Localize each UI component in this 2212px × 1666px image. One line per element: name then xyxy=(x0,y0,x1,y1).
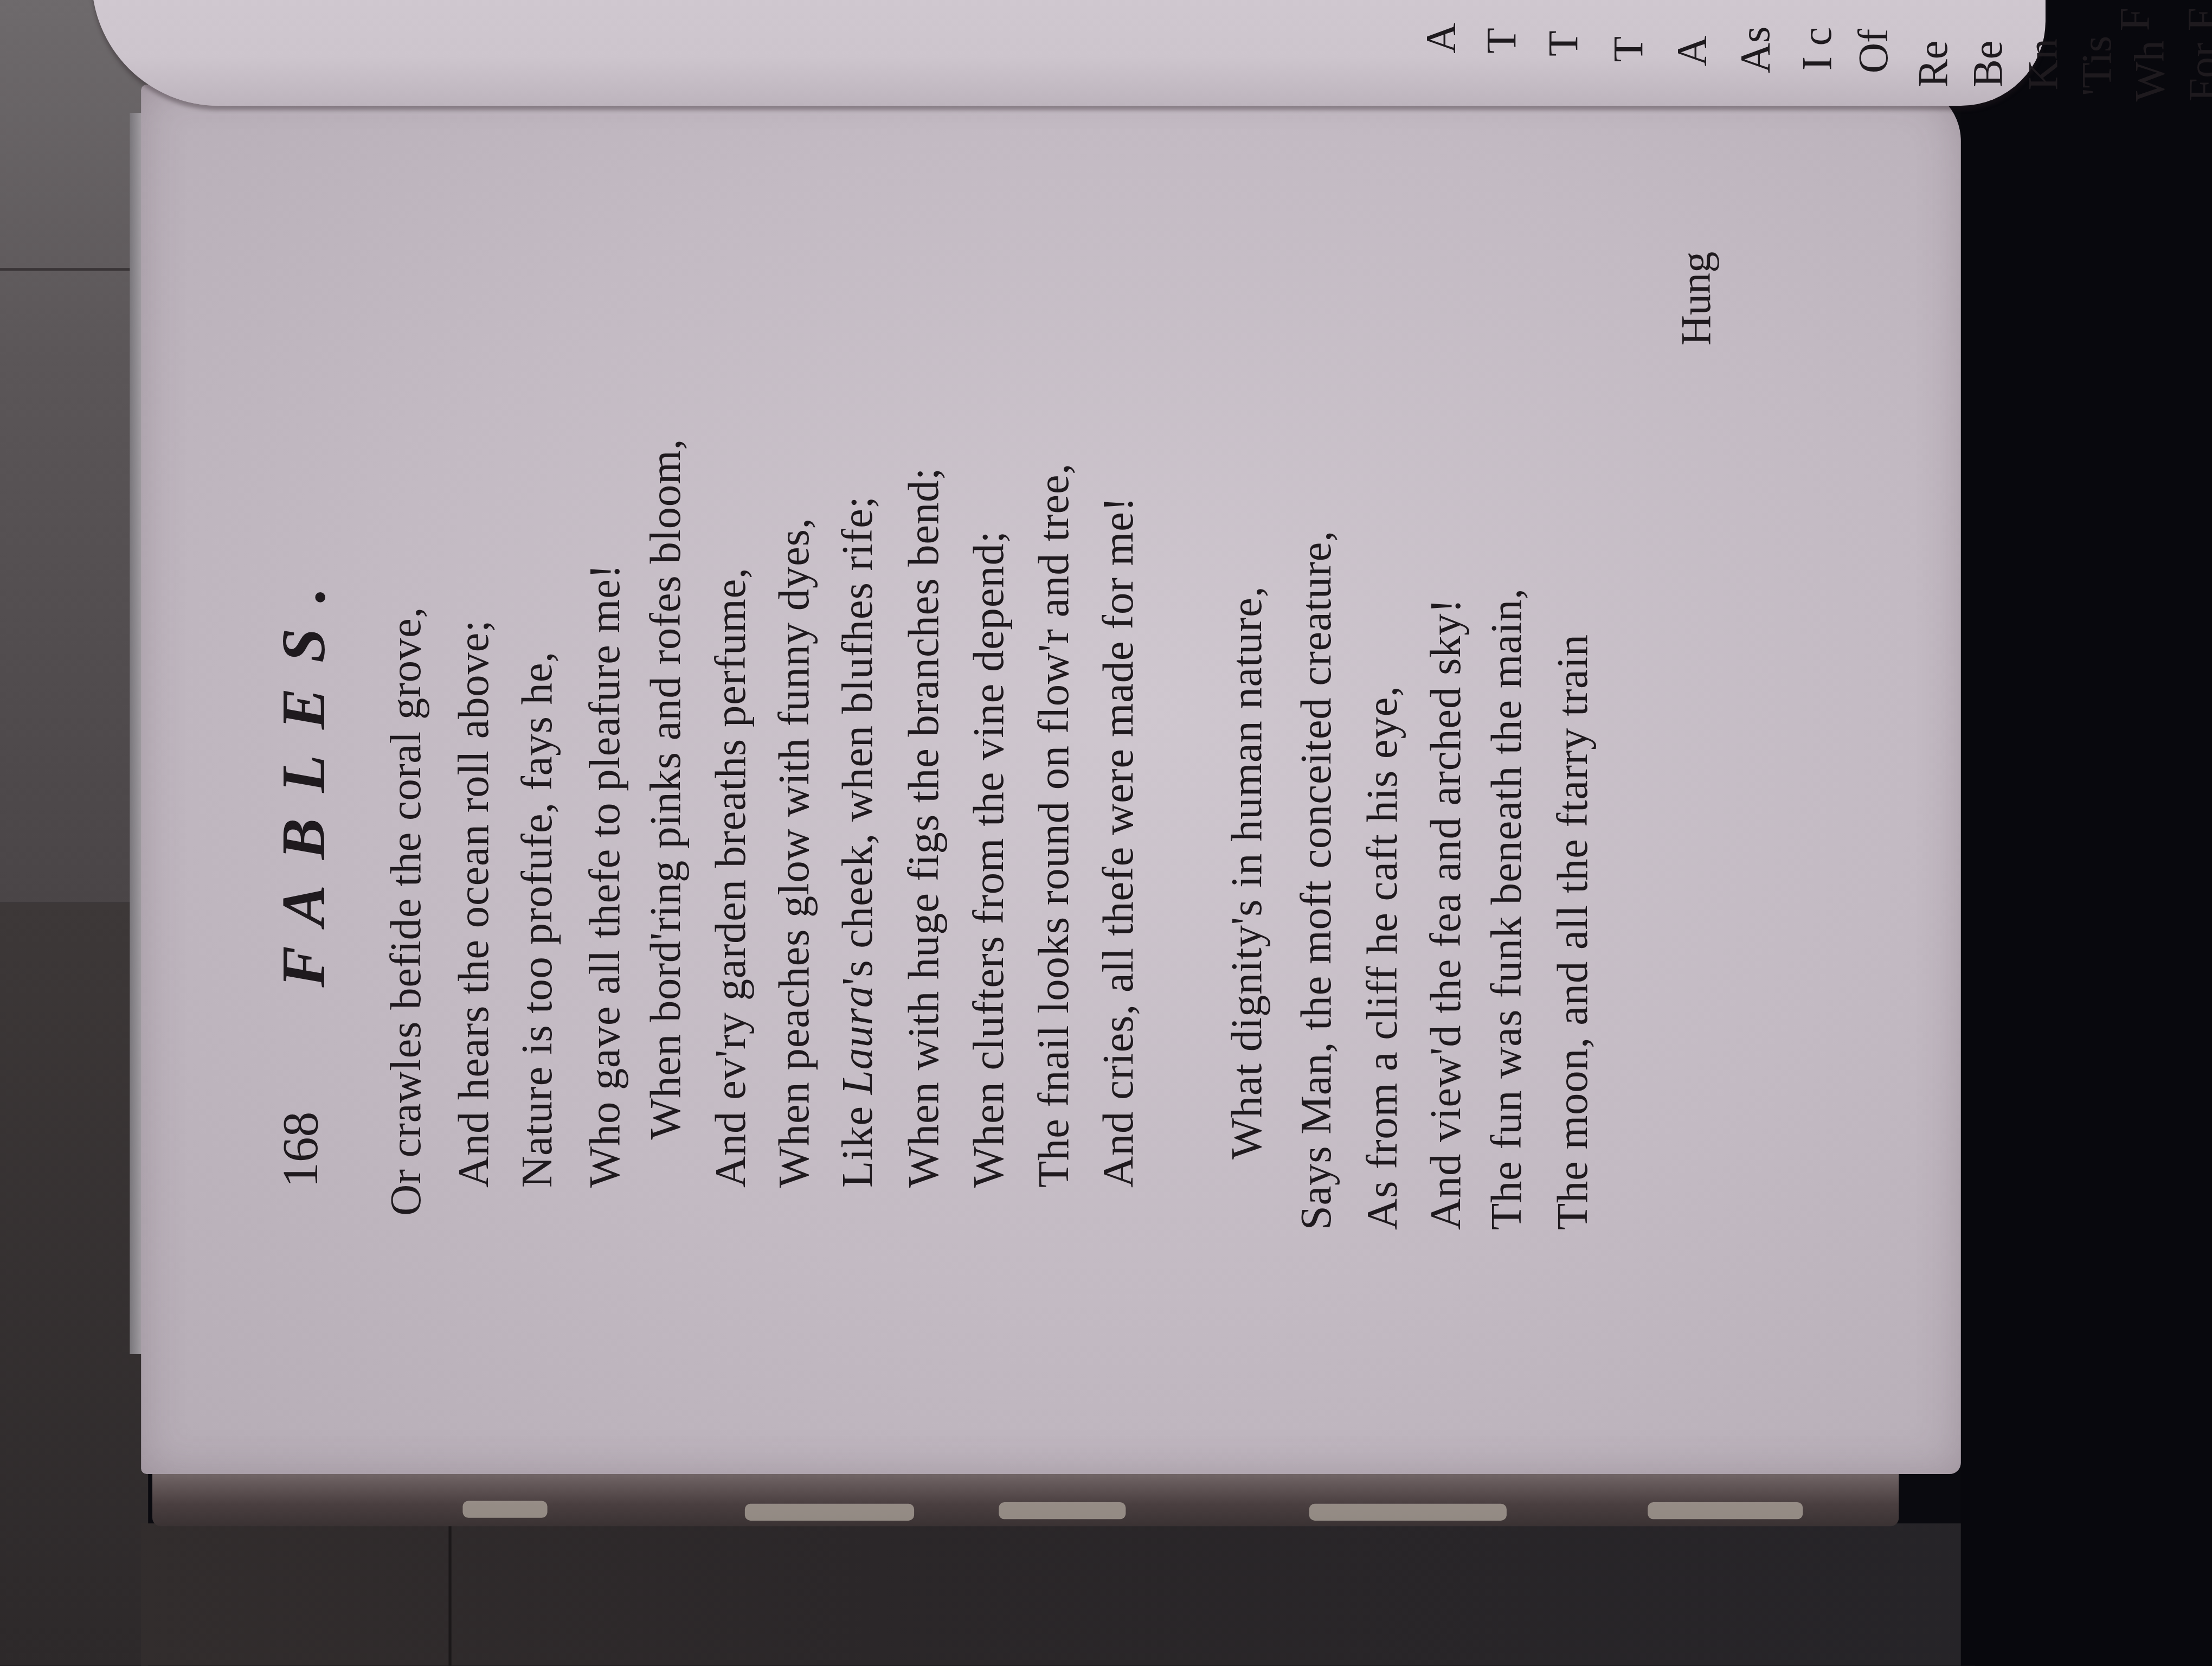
table-surface-left xyxy=(0,903,148,1666)
table-surface-bottom xyxy=(141,1523,1975,1666)
facing-fragment: T xyxy=(1478,28,1526,54)
poem-line: Who gave all thefe to pleafure me! xyxy=(580,564,631,1188)
facing-fragment: T xyxy=(1605,36,1653,62)
facing-fragment: T xyxy=(1540,30,1588,56)
facing-fragment: Of xyxy=(1851,29,1899,73)
photo-stage: 168 FABLES. Or crawles befide the coral … xyxy=(0,0,2212,1666)
poem-line: When clufters from the vine depend; xyxy=(963,530,1014,1188)
poem-line: The moon, and all the ftarry train xyxy=(1547,634,1598,1230)
poem-line: When with huge figs the branches bend; xyxy=(898,467,949,1188)
poem-line: What dignity's in human nature, xyxy=(1221,586,1272,1159)
binding-wear xyxy=(745,1504,914,1521)
poem-line: And hears the ocean roll above; xyxy=(448,620,499,1188)
facing-fragment: As xyxy=(1732,27,1780,74)
binding-wear xyxy=(1648,1502,1803,1519)
facing-fragment: Be xyxy=(1965,41,2013,88)
page-number: 168 xyxy=(271,1112,330,1188)
facing-fragment: Kn xyxy=(2020,39,2068,90)
poem-line: The fnail looks round on flow'r and tree… xyxy=(1028,463,1079,1188)
dark-background xyxy=(1961,0,2212,1666)
binding-wear xyxy=(462,1501,547,1517)
line-text: 's cheek, when blufhes rife; xyxy=(832,496,882,985)
poem-line: The fun was funk beneath the main, xyxy=(1481,588,1532,1230)
poem-line: When peaches glow with funny dyes, xyxy=(769,517,820,1188)
binding-wear xyxy=(1309,1504,1507,1521)
tile-seam-bottom xyxy=(448,1523,451,1666)
facing-fragment: Wh xyxy=(2127,41,2175,102)
binding-wear xyxy=(999,1502,1126,1519)
facing-fragment: 'Tis xyxy=(2074,36,2121,96)
poem-line: When bord'ring pinks and rofes bloom, xyxy=(640,439,691,1140)
line-text: Like xyxy=(832,1094,882,1188)
poem-line: And cries, all thefe were made for me! xyxy=(1094,497,1144,1188)
facing-fragment: A xyxy=(1669,36,1716,66)
facing-fragment: I c xyxy=(1795,27,1842,71)
facing-fragment: For xyxy=(2181,43,2212,101)
poem-line: And ev'ry garden breaths perfume, xyxy=(705,567,756,1188)
poem-line: Nature is too profufe, fays he, xyxy=(512,651,563,1188)
facing-fragment: F xyxy=(2179,8,2212,31)
running-title: FABLES. xyxy=(268,562,340,988)
catchword: Hung xyxy=(1673,252,1721,345)
poem-line: Says Man, the moft conceited creature, xyxy=(1291,530,1342,1230)
facing-fragment: Re xyxy=(1910,41,1958,88)
poem-line: Or crawles befide the coral grove, xyxy=(381,607,432,1216)
poem-line-laura: Like Laura's cheek, when blufhes rife; xyxy=(832,496,883,1188)
line-text-italic-name: Laura xyxy=(832,985,882,1094)
facing-fragment: A xyxy=(1418,23,1465,53)
poem-line: As from a cliff he caft his eye, xyxy=(1357,685,1408,1230)
poem-line: And view'd the fea and arched sky! xyxy=(1420,598,1471,1230)
facing-fragment: F xyxy=(2112,8,2159,31)
